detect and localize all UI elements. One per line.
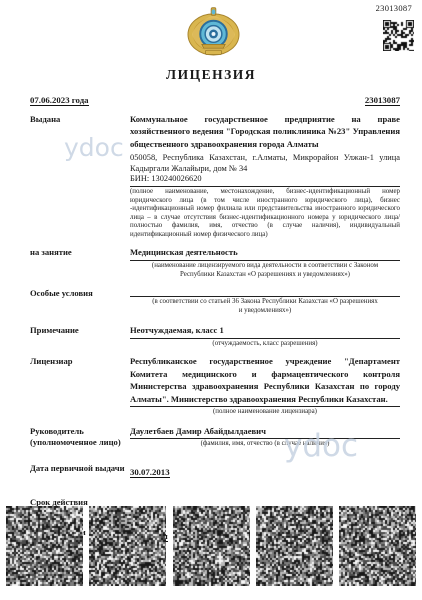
first-issue-date: 30.07.2013 [130, 467, 170, 478]
issue-date: 07.06.2023 года [30, 95, 89, 106]
licensor-value-block: Республиканское государственное учрежден… [130, 355, 400, 416]
qr-code-canvas [383, 20, 414, 51]
special-conditions-label: Особые условия [30, 287, 130, 315]
barcode-block-5 [339, 506, 416, 586]
activity-note: (наименование лицензируемого вида деятел… [141, 262, 389, 279]
head-label-block: Руководитель (уполномоченное лицо) [30, 425, 130, 449]
kazakhstan-emblem-icon [186, 7, 241, 58]
organization-address: 050058, Республика Казахстан, г.Алматы, … [130, 153, 400, 174]
license-number: 23013087 [365, 95, 400, 106]
licensor-note: (полное наименование лицензиара) [141, 408, 389, 417]
barcode-block-1 [6, 506, 83, 586]
licensor-label: Лицензиар [30, 355, 130, 416]
barcode-block-4 [256, 506, 333, 586]
license-body: 07.06.2023 года 23013087 Выдана Коммунал… [30, 95, 400, 544]
activity-value: Медицинская деятельность [130, 246, 400, 260]
head-label: Руководитель [30, 425, 130, 437]
coat-of-arms-graphic [186, 7, 241, 58]
licensor-value: Республиканское государственное учрежден… [130, 355, 400, 407]
field-head: Руководитель (уполномоченное лицо) Дауле… [30, 425, 400, 449]
head-name: Даулетбаев Дамир Абайдылдаевич [130, 425, 400, 439]
meta-row: 07.06.2023 года 23013087 [30, 95, 400, 106]
activity-value-block: Медицинская деятельность (наименование л… [130, 246, 400, 279]
qr-code [383, 20, 414, 51]
document-title: ЛИЦЕНЗИЯ [0, 67, 422, 83]
remark-label: Примечание [30, 324, 130, 348]
special-conditions-note: (в соответствии со статьей 36 Закона Рес… [152, 298, 379, 315]
first-issue-label: Дата первичной выдачи [30, 462, 130, 480]
first-issue-value-block: 30.07.2013 [130, 462, 400, 480]
remark-value-block: Неотчуждаемая, класс 1 (отчуждаемость, к… [130, 324, 400, 348]
organization-bin: БИН: 130240026620 [130, 174, 400, 184]
special-conditions-value [130, 287, 400, 297]
activity-label: на занятие [30, 246, 130, 279]
issued-to-note: (полное наименование, местонахождение, б… [130, 188, 400, 239]
barcode-strip [6, 506, 416, 586]
remark-note: (отчуждаемость, класс разрешения) [141, 340, 389, 349]
barcode-block-3 [173, 506, 250, 586]
license-document: 23013087 ЛИЦЕНЗИЯ 07.06.2023 года 230130… [0, 0, 422, 600]
head-note: (фамилия, имя, отчество (в случае наличи… [141, 440, 389, 449]
special-conditions-value-block: (в соответствии со статьей 36 Закона Рес… [130, 287, 400, 315]
field-licensor: Лицензиар Республиканское государственно… [30, 355, 400, 416]
document-number-top: 23013087 [376, 3, 412, 13]
field-activity: на занятие Медицинская деятельность (наи… [30, 246, 400, 279]
barcode-block-2 [89, 506, 166, 586]
head-label-2: (уполномоченное лицо) [30, 436, 130, 448]
field-special-conditions: Особые условия (в соответствии со статье… [30, 287, 400, 315]
issued-to-label: Выдана [30, 113, 130, 239]
field-issued-to: Выдана Коммунальное государственное пред… [30, 113, 400, 239]
head-value-block: Даулетбаев Дамир Абайдылдаевич (фамилия,… [130, 425, 400, 449]
issued-to-value-block: Коммунальное государственное предприятие… [130, 113, 400, 239]
organization-name: Коммунальное государственное предприятие… [130, 113, 400, 150]
rule [130, 186, 400, 187]
empty-value [130, 287, 400, 296]
field-remark: Примечание Неотчуждаемая, класс 1 (отчуж… [30, 324, 400, 348]
remark-value: Неотчуждаемая, класс 1 [130, 324, 400, 338]
field-first-issue: Дата первичной выдачи 30.07.2013 [30, 462, 400, 480]
